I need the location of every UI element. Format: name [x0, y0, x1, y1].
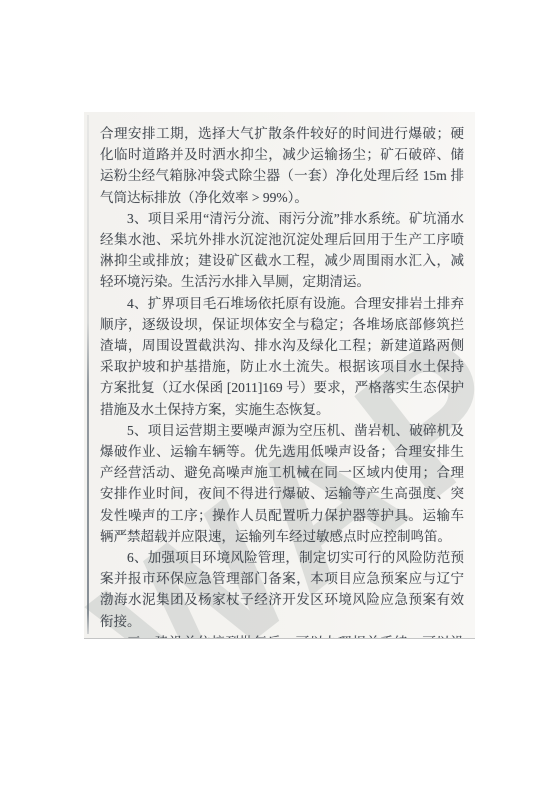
page-fold-line — [87, 115, 89, 634]
paragraph-section-three: 三、建设单位接到批复后，可以办理相关手续，可以设计并 — [100, 632, 464, 639]
paragraph-item-6: 6、加强项目环境风险管理，制定切实可行的风险防范预案并报市环保应急管理部门备案，… — [100, 547, 464, 632]
paragraph-continued: 合理安排工期，选择大气扩散条件较好的时间进行爆破；硬化临时道路并及时洒水抑尘，减… — [100, 123, 464, 208]
scanned-page: WAPS 合理安排工期，选择大气扩散条件较好的时间进行爆破；硬化临时道路并及时洒… — [84, 112, 475, 639]
paragraph-item-3: 3、项目采用“清污分流、雨污分流”排水系统。矿坑涌水经集水池、采坑外排水沉淀池沉… — [100, 208, 464, 293]
paragraph-item-5: 5、项目运营期主要噪声源为空压机、凿岩机、破碎机及爆破作业、运输车辆等。优先选用… — [100, 420, 464, 547]
screenshot-root: WAPS 合理安排工期，选择大气扩散条件较好的时间进行爆破；硬化临时道路并及时洒… — [0, 0, 555, 785]
document-body-text: 合理安排工期，选择大气扩散条件较好的时间进行爆破；硬化临时道路并及时洒水抑尘，减… — [100, 123, 464, 639]
paragraph-item-4: 4、扩界项目毛石堆场依托原有设施。合理安排岩土排弃顺序，逐级设坝，保证坝体安全与… — [100, 293, 464, 420]
